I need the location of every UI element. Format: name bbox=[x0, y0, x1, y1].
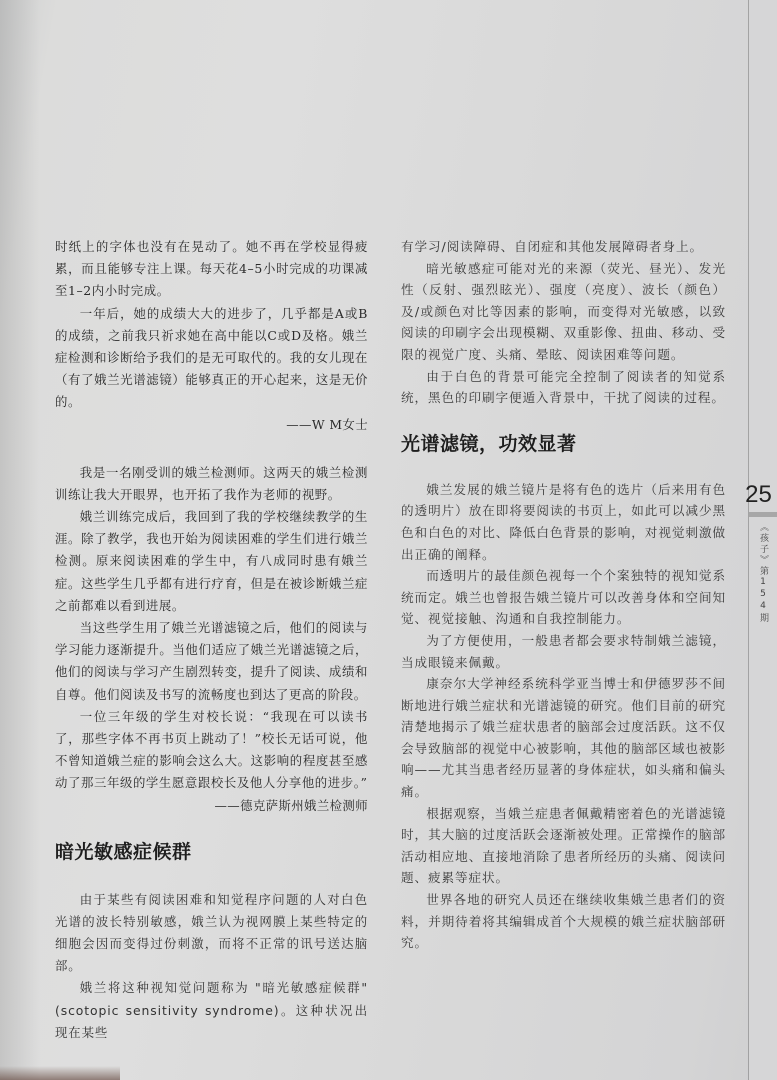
right-column: 有学习/阅读障碍、自闭症和其他发展障碍者身上。 暗光敏感症可能对光的来源（荧光、… bbox=[401, 236, 726, 954]
signature: ——德克萨斯州娥兰检测师 bbox=[55, 795, 368, 817]
paragraph: 由于某些有阅读困难和知觉程序问题的人对白色光谱的波长特别敏感，娥兰认为视网膜上某… bbox=[55, 889, 368, 978]
bottom-shadow bbox=[0, 1066, 120, 1080]
testimonial-1: 时纸上的字体也没有在晃动了。她不再在学校显得疲累，而且能够专注上课。每天花4–5… bbox=[55, 236, 368, 436]
spacer bbox=[55, 436, 368, 462]
signature: ——W M女士 bbox=[55, 414, 368, 436]
paragraph: 当这些学生用了娥兰光谱滤镜之后，他们的阅读与学习能力逐渐提升。当他们适应了娥兰光… bbox=[55, 617, 368, 706]
paragraph: 我是一名刚受训的娥兰检测师。这两天的娥兰检测训练让我大开眼界，也开拓了我作为老师… bbox=[55, 462, 368, 506]
page-edge-line bbox=[748, 0, 749, 1080]
paragraph: 由于白色的背景可能完全控制了阅读者的知觉系统，黑色的印刷字便遁入背景中，干扰了阅… bbox=[401, 366, 726, 409]
paragraph: 一年后，她的成绩大大的进步了，几乎都是A或B的成绩，之前我只祈求她在高中能以C或… bbox=[55, 303, 368, 414]
section-heading: 暗光敏感症候群 bbox=[55, 837, 368, 867]
paragraph: 暗光敏感症可能对光的来源（荧光、昼光）、发光性（反射、强烈眩光）、强度（亮度）、… bbox=[401, 258, 726, 366]
issue-label: 《孩子》第154期 bbox=[752, 522, 774, 624]
paragraph: 康奈尔大学神经系统科学亚当博士和伊德罗莎不间断地进行娥兰症状和光谱滤镜的研究。他… bbox=[401, 673, 726, 803]
page-tab-divider bbox=[749, 512, 777, 517]
page-shadow bbox=[0, 0, 40, 1080]
left-column: 时纸上的字体也没有在晃动了。她不再在学校显得疲累，而且能够专注上课。每天花4–5… bbox=[55, 236, 368, 1044]
paragraph: 根据观察，当娥兰症患者佩戴精密着色的光谱滤镜时，其大脑的过度活跃会逐渐被处理。正… bbox=[401, 803, 726, 889]
paragraph: 娥兰将这种视知觉问题称为 "暗光敏感症候群"(scotopic sensitiv… bbox=[55, 977, 368, 1044]
paragraph: 有学习/阅读障碍、自闭症和其他发展障碍者身上。 bbox=[401, 236, 726, 258]
section-heading: 光谱滤镜，功效显著 bbox=[401, 429, 726, 459]
paragraph: 一位三年级的学生对校长说：“我现在可以读书了，那些字体不再书页上跳动了！”校长无… bbox=[55, 706, 368, 795]
paragraph: 时纸上的字体也没有在晃动了。她不再在学校显得疲累，而且能够专注上课。每天花4–5… bbox=[55, 236, 368, 303]
section-spectral-filters: 光谱滤镜，功效显著 娥兰发展的娥兰镜片是将有色的选片（后来用有色的透明片）放在即… bbox=[401, 429, 726, 954]
paragraph: 娥兰发展的娥兰镜片是将有色的选片（后来用有色的透明片）放在即将要阅读的书页上，如… bbox=[401, 479, 726, 565]
paragraph: 而透明片的最佳颜色视每一个个案独特的视知觉系统而定。娥兰也曾报告娥兰镜片可以改善… bbox=[401, 565, 726, 630]
paragraph: 为了方便使用，一般患者都会要求特制娥兰滤镜，当成眼镜来佩戴。 bbox=[401, 630, 726, 673]
section-scotopic: 暗光敏感症候群 由于某些有阅读困难和知觉程序问题的人对白色光谱的波长特别敏感，娥… bbox=[55, 837, 368, 1044]
paragraph: 娥兰训练完成后，我回到了我的学校继续教学的生涯。除了教学，我也开始为阅读困难的学… bbox=[55, 506, 368, 617]
page-number: 25 bbox=[740, 481, 777, 509]
testimonial-2: 我是一名刚受训的娥兰检测师。这两天的娥兰检测训练让我大开眼界，也开拓了我作为老师… bbox=[55, 462, 368, 817]
paragraph: 世界各地的研究人员还在继续收集娥兰患者们的资料，并期待着将其编辑成首个大规模的娥… bbox=[401, 889, 726, 954]
